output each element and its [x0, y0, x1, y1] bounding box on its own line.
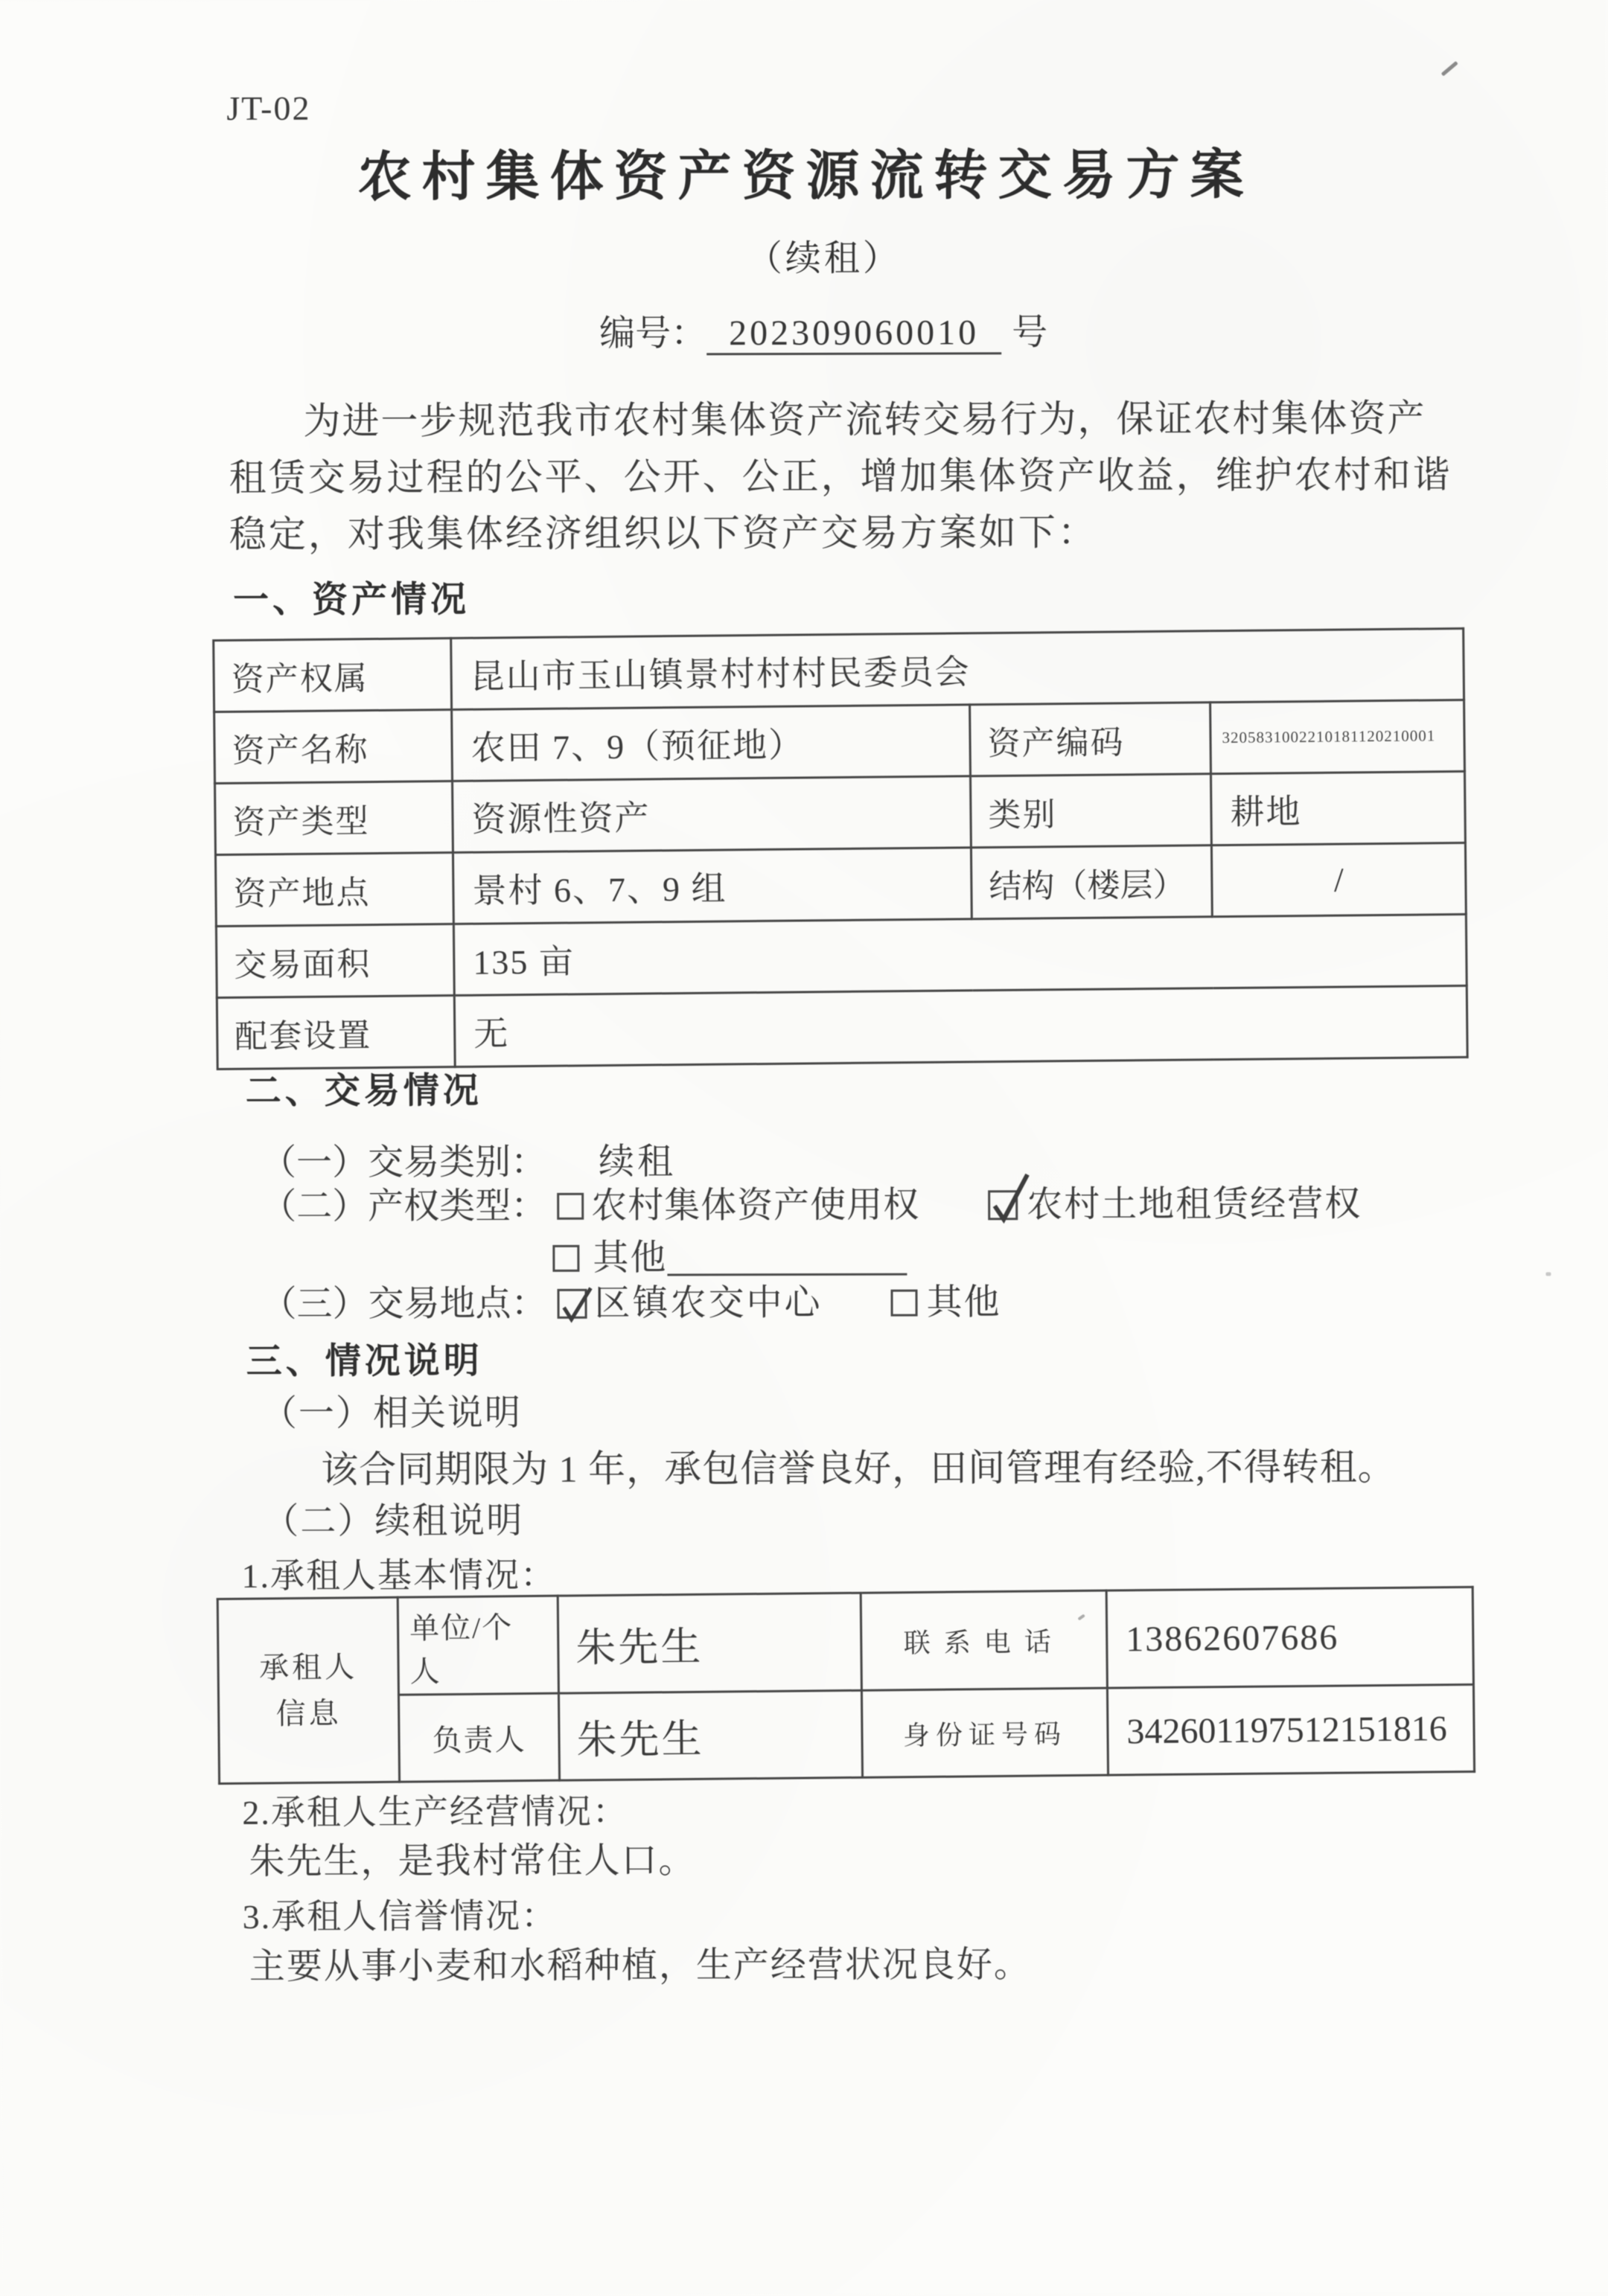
- blank-underline: [667, 1239, 907, 1276]
- page-subtitle: （续租）: [747, 238, 902, 280]
- intro-line-1: 为进一步规范我市农村集体资产流转交易行为，保证农村集体资产: [303, 397, 1426, 443]
- property-right-other-label: 其他: [593, 1237, 667, 1278]
- lessee-credit-heading: 3.承租人信誉情况：: [243, 1897, 558, 1937]
- scanned-document-page: JT-02 农村集体资产资源流转交易方案 （续租） 编号：20230906001…: [0, 0, 1608, 2294]
- table-row: 资产地点 景村 6、7、9 组 结构（楼层） /: [215, 842, 1466, 926]
- intro-line-3: 稳定，对我集体经济组织以下资产交易方案如下：: [229, 511, 1097, 557]
- section1-heading: 一、资产情况: [233, 579, 470, 621]
- lessee-business-text: 朱先生，是我村常住人口。: [249, 1840, 695, 1882]
- asset-use-right-checkbox[interactable]: [557, 1192, 584, 1219]
- trade-place-label: （三）交易地点：: [261, 1283, 546, 1325]
- unit-or-person-value: 朱先生: [558, 1593, 861, 1693]
- other-property-type-checkbox[interactable]: [552, 1244, 579, 1271]
- id-number-value: 342601197512151816: [1107, 1684, 1474, 1775]
- asset-type-value: 资源性资产: [453, 776, 971, 853]
- trade-type-row: （一）交易类别： 续租: [261, 1141, 676, 1183]
- facilities-value: 无: [454, 985, 1467, 1067]
- scan-speck: [1545, 1272, 1551, 1276]
- asset-owner-value: 昆山市玉山镇景村村村民委员会: [451, 628, 1464, 709]
- trade-type-value: 续租: [599, 1141, 676, 1182]
- serial-line: 编号：202309060010号: [599, 312, 1047, 354]
- pen-mark: [1441, 61, 1458, 77]
- category-label: 类别: [971, 774, 1212, 848]
- page-title: 农村集体资产资源流转交易方案: [357, 144, 1254, 208]
- section2-heading: 二、交易情况: [246, 1070, 482, 1112]
- table-row: 资产名称 农田 7、9（预征地） 资产编码 320583100221018112…: [214, 700, 1465, 783]
- trade-area-label: 交易面积: [216, 924, 454, 997]
- trade-type-label: （一）交易类别：: [261, 1142, 546, 1183]
- serial-label: 编号：: [599, 313, 706, 353]
- property-right-option2: 农村土地租赁经营权: [1027, 1183, 1362, 1225]
- asset-code-value: 3205831002210181120210001: [1210, 700, 1465, 773]
- lessee-credit-text: 主要从事小麦和水稻种植，生产经营状况良好。: [249, 1944, 1031, 1987]
- asset-type-label: 资产类型: [215, 781, 453, 855]
- category-value: 耕地: [1210, 771, 1465, 845]
- facilities-label: 配套设置: [217, 995, 455, 1069]
- property-right-label: （二）产权类型：: [261, 1186, 546, 1227]
- other-place-checkbox[interactable]: [891, 1289, 918, 1316]
- table-row: 承租人 信息 单位/个人 朱先生 联系电话 13862607686: [217, 1587, 1473, 1696]
- property-right-option1: 农村集体资产使用权: [591, 1185, 919, 1227]
- trade-place-row: （三）交易地点： 区镇农交中心 其他: [261, 1282, 1001, 1325]
- check-icon: [558, 1282, 596, 1326]
- table-row: 配套设置 无: [217, 985, 1467, 1069]
- lessee-table: 承租人 信息 单位/个人 朱先生 联系电话 13862607686 负责人 朱先…: [217, 1586, 1475, 1785]
- trade-place-option2: 其他: [927, 1282, 1001, 1323]
- asset-name-value: 农田 7、9（预征地）: [452, 705, 971, 781]
- trade-place-option1: 区镇农交中心: [594, 1282, 822, 1324]
- property-right-row: （二）产权类型： 农村集体资产使用权 农村土地租赁经营权: [261, 1183, 1362, 1227]
- asset-name-label: 资产名称: [214, 710, 453, 784]
- related-note-text: 该合同期限为 1 年，承包信誉良好，田间管理有经验,不得转租。: [321, 1446, 1396, 1491]
- serial-suffix: 号: [1012, 313, 1047, 352]
- check-icon: [987, 1170, 1035, 1225]
- asset-table: 资产权属 昆山市玉山镇景村村村民委员会 资产名称 农田 7、9（预征地） 资产编…: [212, 627, 1468, 1070]
- renewal-note-heading: （二）续租说明: [263, 1500, 523, 1542]
- property-right-other-row: 其他: [552, 1237, 907, 1279]
- responsible-label: 负责人: [398, 1693, 559, 1782]
- lessee-group-label: 承租人 信息: [217, 1597, 399, 1783]
- structure-value: /: [1211, 842, 1466, 916]
- unit-or-person-label: 单位/个人: [398, 1596, 558, 1695]
- asset-code-label: 资产编码: [970, 703, 1211, 776]
- asset-location-value: 景村 6、7、9 组: [453, 848, 971, 924]
- town-trade-center-checkbox[interactable]: [558, 1288, 587, 1318]
- structure-label: 结构（楼层）: [971, 845, 1212, 919]
- trade-area-value: 135 亩: [453, 914, 1467, 995]
- form-code: JT-02: [226, 89, 310, 129]
- table-row: 资产类型 资源性资产 类别 耕地: [215, 771, 1466, 854]
- table-row: 负责人 朱先生 身份证号码 342601197512151816: [218, 1684, 1474, 1783]
- intro-line-2: 租赁交易过程的公平、公开、公正，增加集体资产收益，维护农村和谐: [229, 454, 1452, 500]
- responsible-value: 朱先生: [558, 1690, 862, 1780]
- lessee-business-heading: 2.承租人生产经营情况：: [242, 1793, 628, 1833]
- land-lease-right-checkbox[interactable]: [988, 1190, 1018, 1220]
- section3-heading: 三、情况说明: [246, 1340, 483, 1382]
- table-row: 资产权属 昆山市玉山镇景村村村民委员会: [214, 628, 1464, 711]
- phone-label: 联系电话: [861, 1590, 1107, 1690]
- lessee-group-line2: 信息: [220, 1689, 398, 1737]
- asset-location-label: 资产地点: [215, 852, 453, 926]
- table-row: 交易面积 135 亩: [216, 914, 1467, 997]
- serial-number: 202309060010: [706, 313, 1001, 355]
- lessee-group-line1: 承租人: [220, 1643, 397, 1691]
- phone-value: 13862607686: [1106, 1587, 1473, 1688]
- asset-owner-label: 资产权属: [214, 639, 452, 712]
- lessee-basic-heading: 1.承租人基本情况：: [241, 1556, 556, 1596]
- id-number-label: 身份证号码: [861, 1688, 1108, 1777]
- related-note-heading: （一）相关说明: [261, 1392, 522, 1434]
